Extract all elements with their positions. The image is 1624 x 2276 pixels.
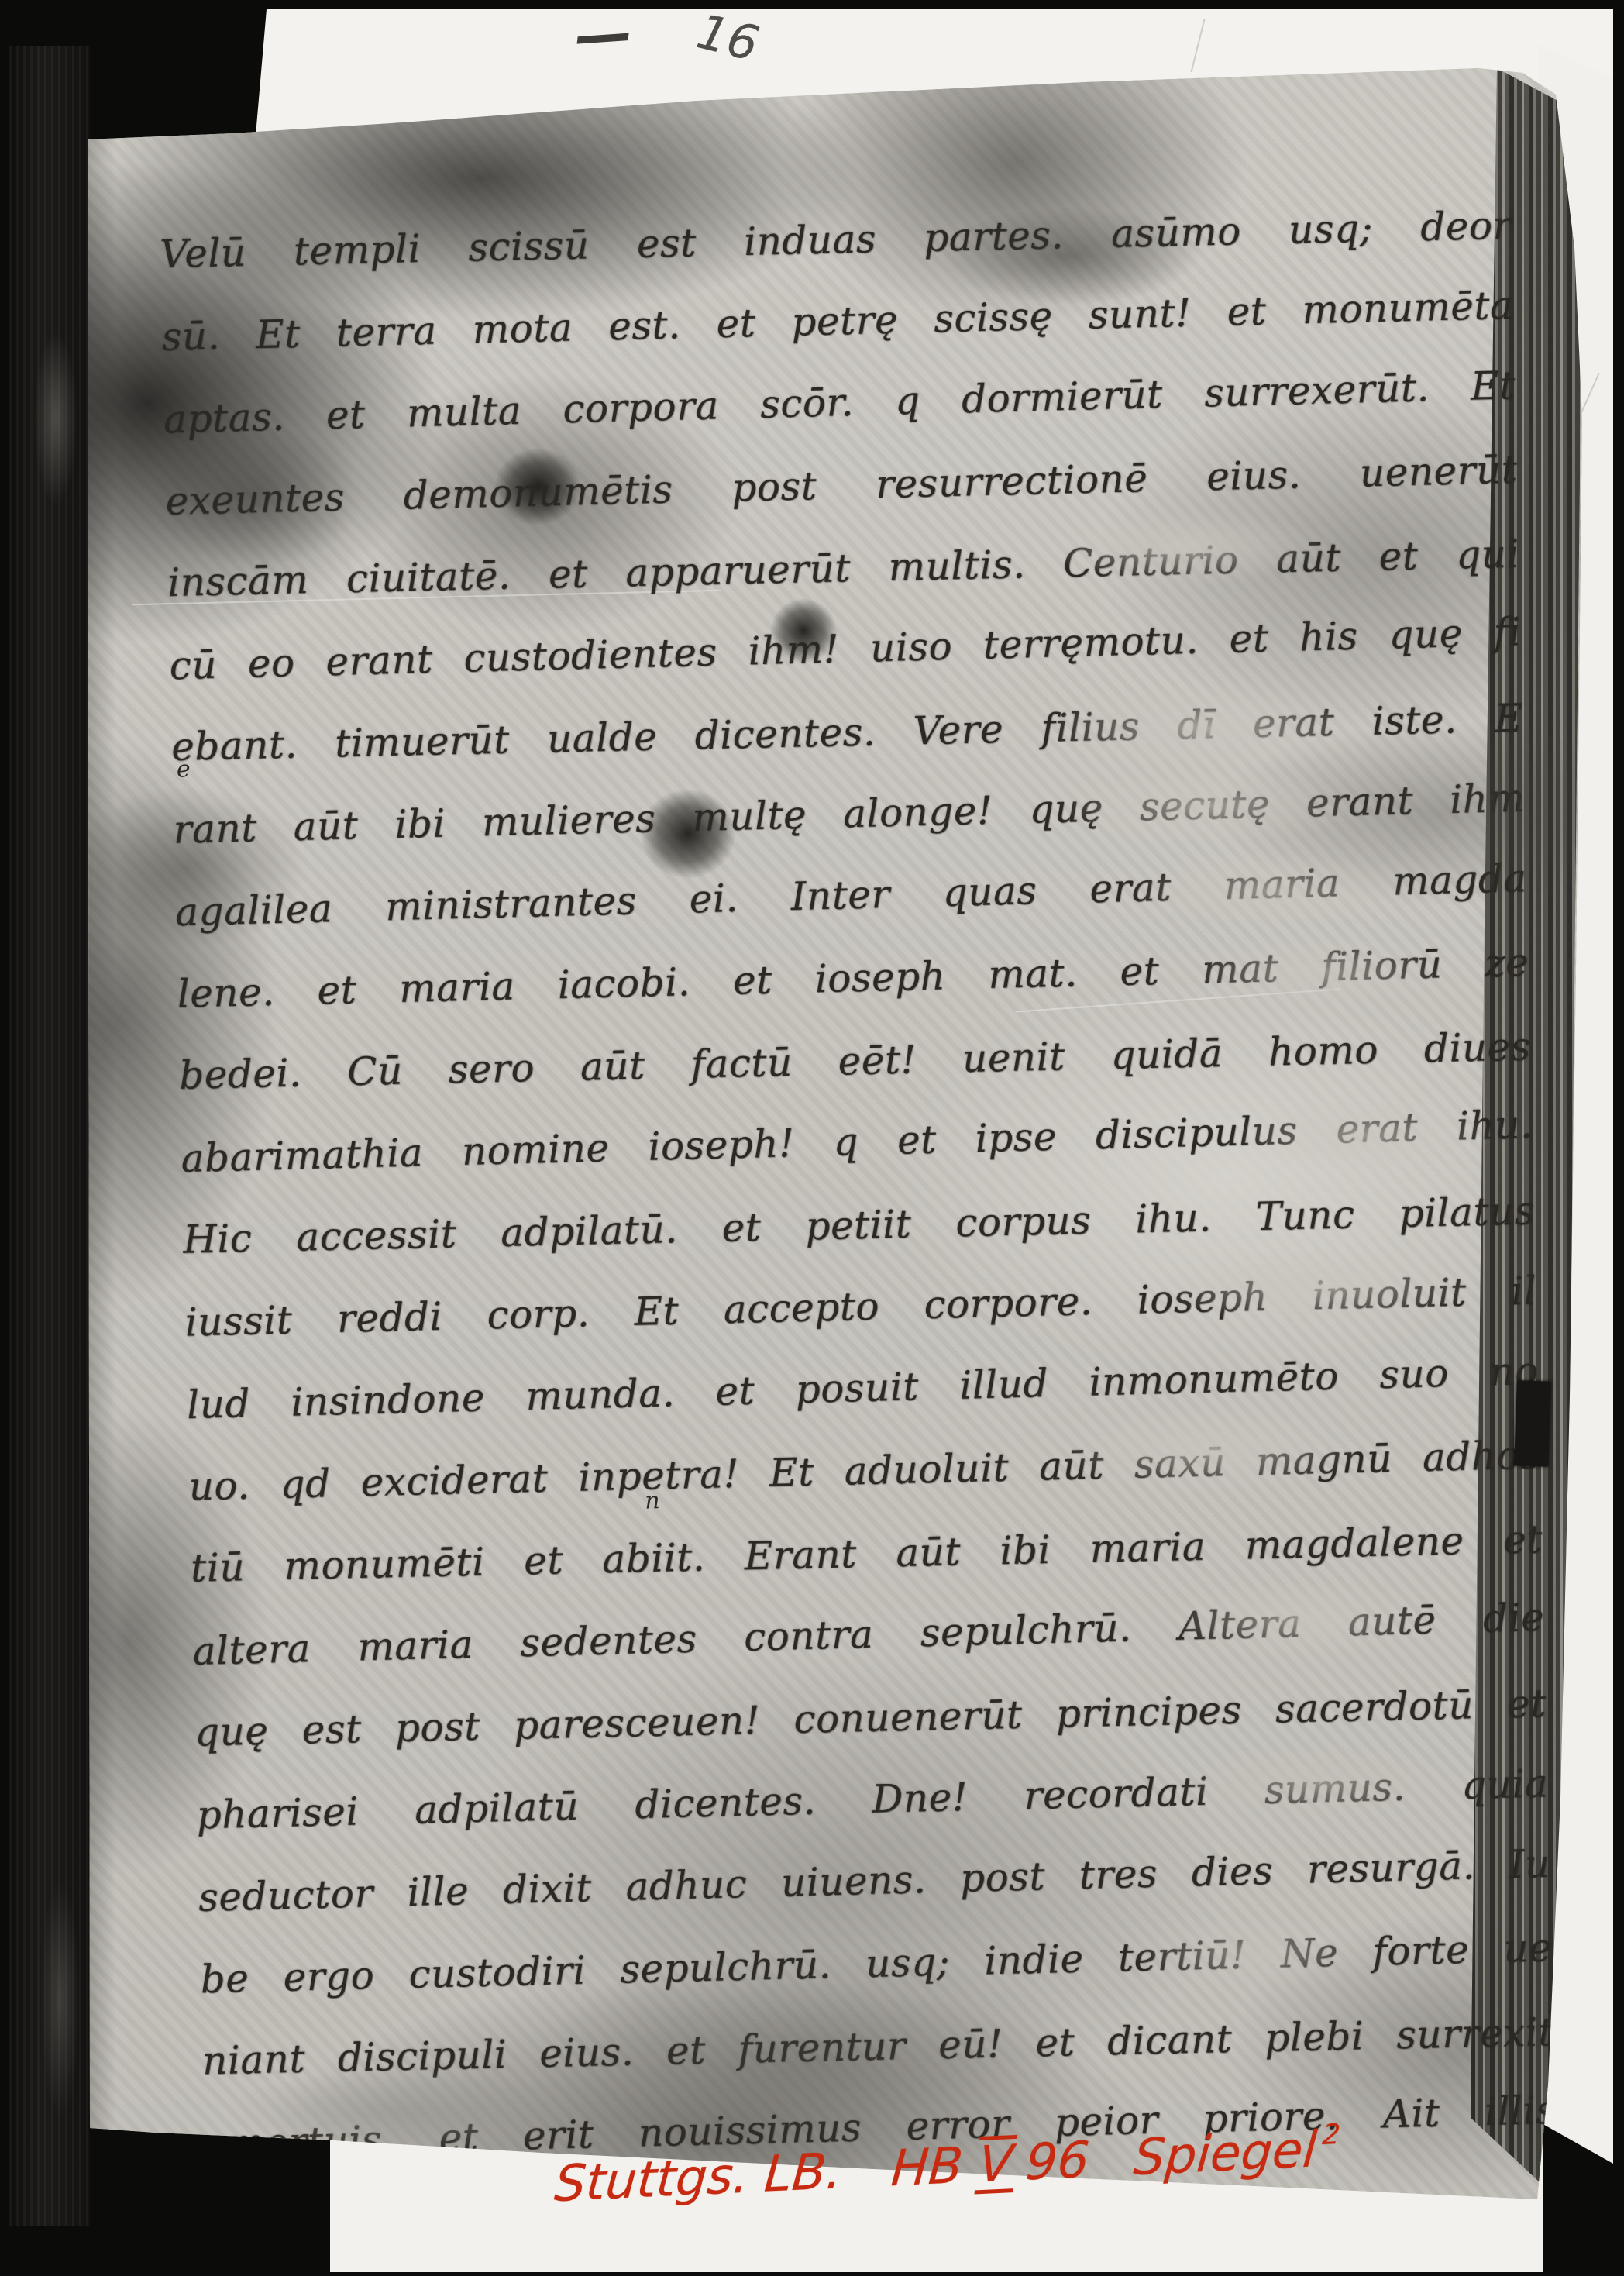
pencil-dash: — xyxy=(573,0,631,70)
pencil-folio-number: —16 xyxy=(575,2,759,68)
manuscript-photo: —16 Velū templi scissū est induas partes… xyxy=(0,0,1624,2276)
shelfmark-volume: V xyxy=(975,2135,1017,2195)
interlinear-mark: e xyxy=(176,756,191,783)
text-block: Velū templi scissū est induas partes. as… xyxy=(159,182,1557,2185)
pencil-number: 16 xyxy=(691,3,764,73)
manuscript-page: Velū templi scissū est induas partes. as… xyxy=(0,0,1624,2276)
shelfmark-word: Spiegel xyxy=(1132,2121,1319,2187)
interlinear-mark: n xyxy=(645,1487,660,1514)
shelfmark-superscript: 2 xyxy=(1321,2119,1341,2151)
shelfmark-series: HB xyxy=(889,2137,965,2199)
fore-edge-tab xyxy=(1514,1380,1551,1466)
book-spine-edge xyxy=(9,46,90,2226)
shelfmark-number: 96 xyxy=(1024,2132,1091,2192)
